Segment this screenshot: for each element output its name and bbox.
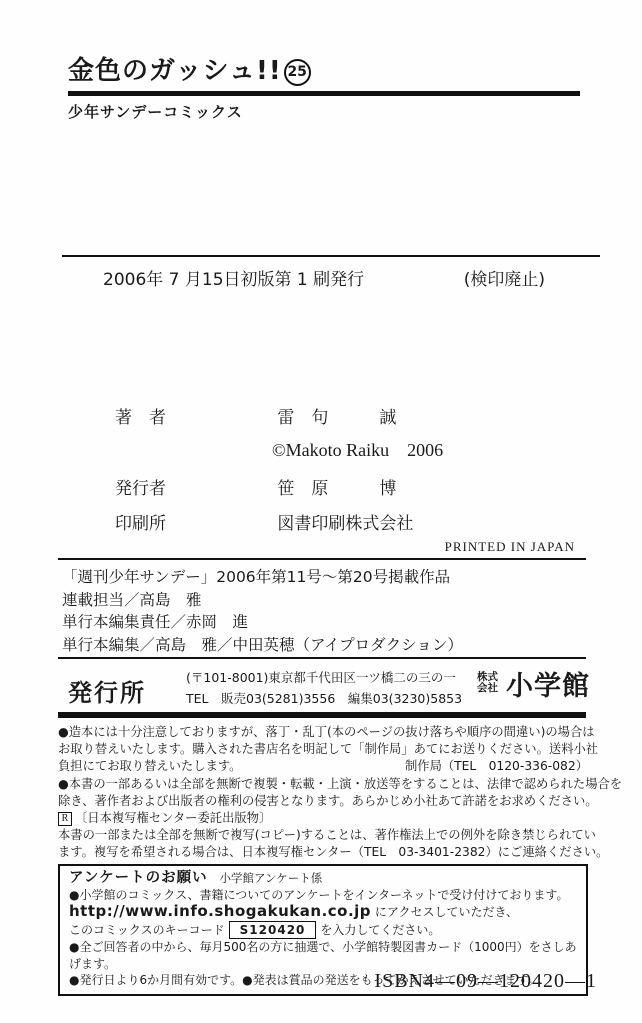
notice-defect-1: ●造本には十分注意しておりますが、落丁・乱丁(本のページの抜け落ちや順序の間違い… [58,724,588,741]
legal-notices: ●造本には十分注意しておりますが、落丁・乱丁(本のページの抜け落ちや順序の間違い… [58,724,588,862]
survey-department: 小学館アンケート係 [219,871,322,885]
notice-copyright-2: 除き、著作者および出版者の権利の侵害となります。あらかじめ小社あて許諾をお求めく… [58,793,588,810]
notice-reprography: R〔日本複写権センター委託出版物〕 [58,810,588,827]
survey-url-line: http://www.info.shogakukan.co.jp にアクセスして… [69,903,577,921]
title-underline [68,91,580,96]
notice-photocopy-2: ます。複写を希望される場合は、日本複写権センター（TEL 03-3401-238… [58,844,588,861]
credit-printer-row: 印刷所 図書印刷株式会社 [115,509,413,534]
edition-row: 2006年 7 月15日初版第 1 刷発行 (検印廃止) [103,265,545,290]
credit-publisher-row: 発行者 笹 原 博 [115,474,396,499]
reprography-center-label: 〔日本複写権センター委託出版物〕 [75,811,271,825]
corporation-prefix: 株式 会社 [477,672,498,694]
survey-url: http://www.info.shogakukan.co.jp [69,902,371,920]
credit-author-row: 著 者 雷 句 誠 [115,403,396,428]
edition-note: (検印廃止) [464,265,545,290]
publisher-rule-bottom [58,712,586,718]
survey-intro: ●小学館のコミックス、書籍についてのアンケートをインターネットで受け付けておりま… [69,887,577,904]
serialization-editor2: 単行本編集責任／赤岡 進 [62,611,463,634]
serialization-editor3: 単行本編集／高島 雅／中田英穂（アイプロダクション） [62,634,463,657]
serialization-rule-top [58,558,586,560]
printed-in-japan: PRINTED IN JAPAN [62,539,575,555]
keycode-prefix: このコミックスのキーコード [69,923,225,937]
edition-date: 2006年 7 月15日初版第 1 刷発行 [103,265,364,290]
printer-name: 図書印刷株式会社 [277,514,413,534]
publisher-rule-top [58,657,586,659]
publishing-house-label: 発行所 [68,673,146,708]
publishing-house-address: (〒101-8001)東京都千代田区一ツ橋二の三の一 [186,668,456,686]
notice-copyright-1: ●本書の一部あるいは全部を無断で複製・転載・上演・放送等をすることは、法律で認め… [58,776,588,793]
notice-defect-3: 負担にてお取り替えいたします。 制作局（TEL 0120-336-082） [58,758,588,775]
notice-defect-3-left: 負担にてお取り替えいたします。 [58,758,241,775]
serialization-source: 「週刊少年サンデー」2006年第11号～第20号掲載作品 [62,566,463,589]
survey-title: アンケートのお願い [69,870,208,886]
serialization-block: 「週刊少年サンデー」2006年第11号～第20号掲載作品 連載担当／高島 雅 単… [62,566,463,656]
publisher-label: 発行者 [115,474,272,499]
publisher-name: 笹 原 博 [277,479,396,499]
survey-keycode-line: このコミックスのキーコードS120420を入力してください。 [69,921,577,940]
book-title: 金色のガッシュ!!25 [68,50,311,87]
copyright-line: ©Makoto Raiku 2006 [272,436,443,462]
notice-defect-2: お取り替えいたします。購入された書店名を明記して「制作局」あてにお送りください。… [58,741,588,758]
colophon-page: 金色のガッシュ!!25 少年サンデーコミックス 2006年 7 月15日初版第 … [0,0,642,1023]
keycode-value: S120420 [229,921,317,940]
printer-label: 印刷所 [115,509,272,534]
author-name: 雷 句 誠 [277,408,396,428]
registered-mark-icon: R [58,812,72,826]
keycode-suffix: を入力してください。 [320,923,440,937]
series-name: 少年サンデーコミックス [68,101,243,122]
publishing-house-name: 小学館 [506,664,590,703]
production-bureau-tel: 制作局（TEL 0120-336-082） [405,758,588,775]
author-label: 著 者 [115,403,272,428]
volume-badge: 25 [284,59,311,86]
book-title-text: 金色のガッシュ!! [68,56,282,86]
survey-prize-line: ●全ご回答者の中から、毎月500名の方に抽選で、小学館特製図書カード（1000円… [69,939,577,972]
serialization-editor1: 連載担当／高島 雅 [62,589,463,612]
publishing-house-tel: TEL 販売03(5281)3556 編集03(3230)5853 [186,689,462,707]
isbn-number: ISBN4—09—120420—1 [62,970,597,993]
notice-photocopy-1: 本書の一部または全部を無断で複写(コピー)することは、著作権法上での例外を除き禁… [58,827,588,844]
edition-rule-top [62,255,600,257]
survey-header: アンケートのお願い 小学館アンケート係 [69,870,577,887]
corporation-prefix-bottom: 会社 [477,683,498,694]
survey-url-suffix: にアクセスしていただき、 [375,905,518,919]
